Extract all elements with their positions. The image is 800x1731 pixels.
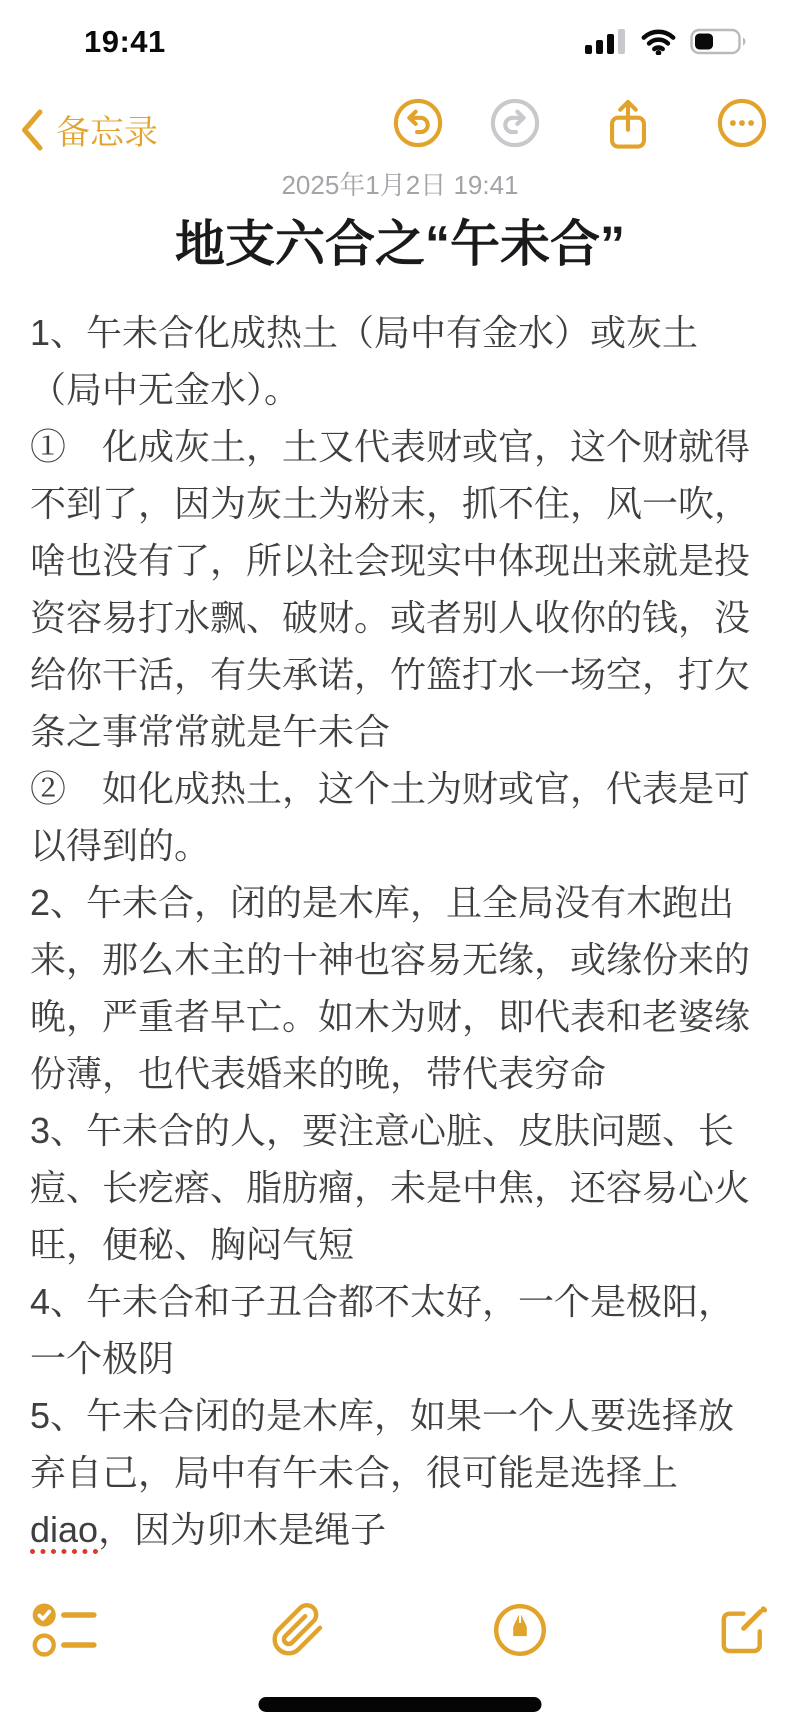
misspelled-word: diao xyxy=(30,1509,98,1550)
note-paragraph[interactable]: 1、午未合化成热土（局中有金水）或灰土（局中无金水）。 xyxy=(30,304,770,418)
ellipsis-circle-icon xyxy=(716,97,768,149)
status-icons xyxy=(585,28,748,55)
undo-button[interactable] xyxy=(392,97,444,149)
wifi-icon xyxy=(640,28,677,55)
paragraph-text: 2、午未合，闭的是木库，且全局没有木跑出来，那么木主的十神也容易无缘，或缘份来的… xyxy=(30,882,750,1094)
note-content: 2025年1月2日 19:41 地支六合之“午未合” 1、午未合化成热土（局中有… xyxy=(0,170,800,1558)
battery-icon xyxy=(690,28,748,55)
bottom-toolbar xyxy=(0,1592,800,1668)
paragraph-text: 5、午未合闭的是木库，如果一个人要选择放弃自己，局中有午未合，很可能是选择上 xyxy=(30,1395,734,1493)
note-title[interactable]: 地支六合之“午未合” xyxy=(30,213,770,275)
compose-icon xyxy=(714,1600,770,1660)
note-paragraph[interactable]: 5、午未合闭的是木库，如果一个人要选择放弃自己，局中有午未合，很可能是选择上di… xyxy=(30,1387,770,1558)
note-paragraph[interactable]: 2、午未合，闭的是木库，且全局没有木跑出来，那么木主的十神也容易无缘，或缘份来的… xyxy=(30,874,770,1102)
more-button[interactable] xyxy=(716,97,768,149)
note-paragraph[interactable]: ② 如化成热土，这个土为财或官，代表是可以得到的。 xyxy=(30,760,770,874)
redo-button xyxy=(489,97,541,149)
markup-icon xyxy=(492,1600,548,1660)
paragraph-text: 4、午未合和子丑合都不太好，一个是极阳，一个极阴 xyxy=(30,1281,734,1379)
paragraph-text: 3、午未合的人，要注意心脏、皮肤问题、长痘、长疙瘩、脂肪瘤，未是中焦，还容易心火… xyxy=(30,1110,750,1265)
redo-arrow-icon xyxy=(489,97,541,149)
chevron-left-icon xyxy=(20,109,44,151)
paragraph-text: ，因为卯木是绳子 xyxy=(98,1509,386,1550)
markup-button[interactable] xyxy=(492,1600,548,1660)
status-time: 19:41 xyxy=(84,24,166,60)
note-paragraph[interactable]: ① 化成灰土，土又代表财或官，这个财就得不到了，因为灰土为粉末，抓不住，风一吹，… xyxy=(30,418,770,760)
undo-arrow-icon xyxy=(392,97,444,149)
cellular-signal-icon xyxy=(585,28,627,55)
share-button[interactable] xyxy=(602,97,654,149)
checklist-button[interactable] xyxy=(26,1600,104,1660)
attachment-icon xyxy=(270,1600,326,1660)
note-paragraph[interactable]: 4、午未合和子丑合都不太好，一个是极阳，一个极阴 xyxy=(30,1273,770,1387)
checklist-icon xyxy=(26,1600,104,1660)
note-body[interactable]: 1、午未合化成热土（局中有金水）或灰土（局中无金水）。① 化成灰土，土又代表财或… xyxy=(0,304,800,1558)
note-date: 2025年1月2日 19:41 xyxy=(0,170,800,200)
paragraph-text: ① 化成灰土，土又代表财或官，这个财就得不到了，因为灰土为粉末，抓不住，风一吹，… xyxy=(30,426,750,752)
compose-button[interactable] xyxy=(714,1600,770,1660)
status-bar: 19:41 xyxy=(0,0,800,80)
back-button-label: 备忘录 xyxy=(56,105,158,154)
paragraph-text: ② 如化成热土，这个土为财或官，代表是可以得到的。 xyxy=(30,768,750,866)
nav-bar: 备忘录 xyxy=(0,95,800,165)
home-indicator[interactable] xyxy=(259,1697,542,1712)
back-button[interactable]: 备忘录 xyxy=(20,105,158,154)
attachment-button[interactable] xyxy=(270,1600,326,1660)
share-icon xyxy=(602,97,654,153)
note-paragraph[interactable]: 3、午未合的人，要注意心脏、皮肤问题、长痘、长疙瘩、脂肪瘤，未是中焦，还容易心火… xyxy=(30,1102,770,1273)
paragraph-text: 1、午未合化成热土（局中有金水）或灰土（局中无金水）。 xyxy=(30,312,698,410)
